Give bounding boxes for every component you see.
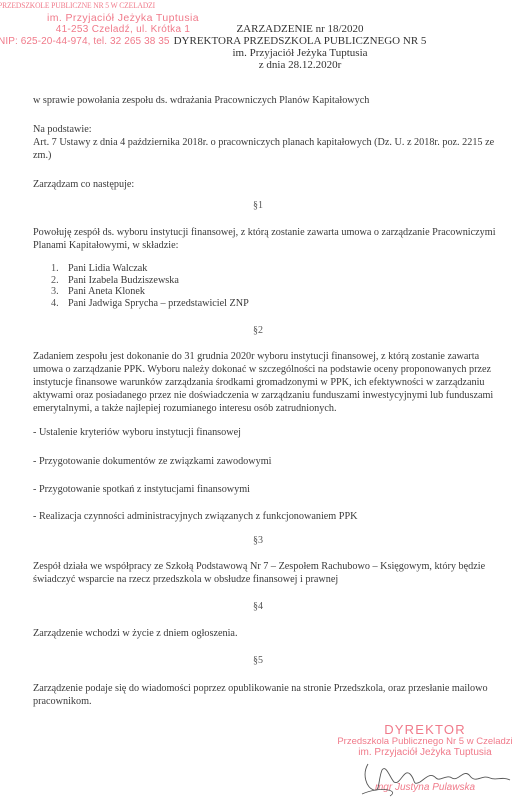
handwritten-signature	[360, 760, 516, 798]
legal-basis-text: Art. 7 Ustawy z dnia 4 października 2018…	[33, 136, 503, 162]
list-item: 4.Pani Jadwiga Sprycha – przedstawiciel …	[33, 298, 249, 310]
task-item: - Ustalenie kryteriów wyboru instytucji …	[33, 427, 241, 438]
stamp-patron: im. Przyjaciół Jeżyka Tuptusia	[330, 747, 516, 758]
stamp-institution: Przedszkola Publicznego Nr 5 w Czeladzi	[330, 736, 516, 747]
section-5-text: Zarządzenie podaje się do wiadomości pop…	[33, 682, 503, 708]
stamp-line-name: PRZEDSZKOLE PUBLICZNE NR 5 W CZELADZI	[0, 0, 248, 13]
section-mark-5: §5	[0, 655, 516, 666]
document-patron: im. Przyjaciół Jeżyka Tuptusia	[150, 47, 450, 59]
section-mark-1: §1	[0, 200, 516, 211]
member-name: Pani Lidia Walczak	[68, 263, 147, 275]
task-item: - Przygotowanie spotkań z instytucjami f…	[33, 484, 250, 495]
team-members-list: 1.Pani Lidia Walczak 2.Pani Izabela Budz…	[33, 263, 249, 309]
section-mark-4: §4	[0, 601, 516, 612]
document-issuer: DYREKTORA PRZEDSZKOLA PUBLICZNEGO NR 5	[150, 35, 450, 47]
document-header: ZARZADZENIE nr 18/2020 DYREKTORA PRZEDSZ…	[150, 23, 450, 71]
member-name: Pani Izabela Budziszewska	[68, 275, 179, 287]
decree-intro: Zarządzam co następuje:	[33, 178, 503, 191]
section-mark-2: §2	[0, 325, 516, 336]
stamp-title: DYREKTOR	[330, 724, 516, 736]
section-4-text: Zarządzenie wchodzi w życie z dniem ogło…	[33, 627, 503, 640]
document-date: z dnia 28.12.2020r	[150, 59, 450, 71]
document-subject: w sprawie powołania zespołu ds. wdrażani…	[33, 94, 503, 107]
section-1-text: Powołuję zespół ds. wyboru instytucji fi…	[33, 226, 503, 252]
list-item: 1.Pani Lidia Walczak	[33, 263, 249, 275]
section-2-text: Zadaniem zespołu jest dokonanie do 31 gr…	[33, 350, 503, 415]
member-name: Pani Aneta Klonek	[68, 286, 145, 298]
list-item: 2.Pani Izabela Budziszewska	[33, 275, 249, 287]
section-mark-3: §3	[0, 535, 516, 546]
section-3-text: Zespół działa we współpracy ze Szkołą Po…	[33, 560, 503, 586]
task-item: - Realizacja czynności administracyjnych…	[33, 511, 357, 522]
legal-basis-label: Na podstawie:	[33, 123, 503, 136]
document-title: ZARZADZENIE nr 18/2020	[150, 23, 450, 35]
list-item: 3.Pani Aneta Klonek	[33, 286, 249, 298]
task-item: - Przygotowanie dokumentów ze związkami …	[33, 456, 272, 467]
member-name: Pani Jadwiga Sprycha – przedstawiciel ZN…	[68, 298, 249, 310]
